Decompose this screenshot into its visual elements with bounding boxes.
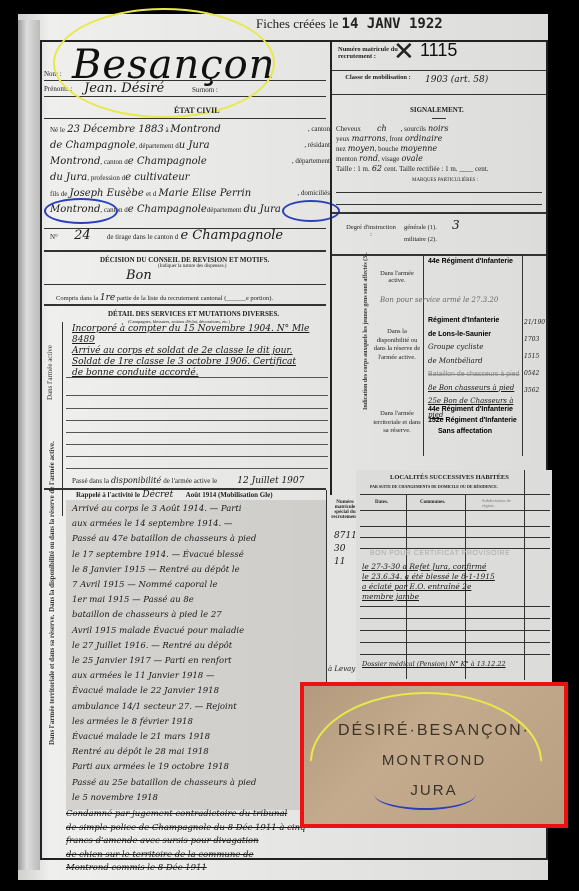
highlight-ellipse-montrond xyxy=(44,198,118,224)
numero-tirage: 24 xyxy=(74,228,91,243)
bon-service-text: Bon pour service armé le 27.3.20 xyxy=(380,296,498,304)
classe-value: 1903 (art. 58) xyxy=(425,75,488,85)
classe-label: Classe de mobilisation : xyxy=(338,74,418,81)
localites-subtitle: PAR SUITE DE CHANGEMENTS DE DOMICILE OU … xyxy=(370,484,498,489)
generale-label: générale (1). xyxy=(404,224,437,231)
tirage-row: N° 24 de tirage dans le canton d e Champ… xyxy=(50,228,283,243)
dispo-label: Dans la disponibilité ou dans la réserve… xyxy=(372,328,422,362)
birth-dept: u Jura xyxy=(179,140,210,151)
etat-civil-title: ÉTAT CIVIL xyxy=(174,106,220,115)
localites-title: LOCALITÉS SUCCESSIVES HABITÉES xyxy=(390,474,509,481)
passe-row: Passé dans la disponibilité de l'armée a… xyxy=(72,476,304,486)
services-text: Incorporé à compter du 15 Novembre 1904.… xyxy=(72,324,332,379)
services-title: DÉTAIL DES SERVICES ET MUTATIONS DIVERSE… xyxy=(108,310,279,318)
page-edge xyxy=(18,20,40,870)
localites-entries: le 27-3-30 a Refet Jura, confirmé le 23.… xyxy=(362,562,532,602)
signalement-block: Cheveux ch, sourcils noirs yeux marrons,… xyxy=(336,124,542,174)
mother-name: Marie Elise Perrin xyxy=(159,188,252,199)
compris-row: Compris dans la 1re partie de la liste d… xyxy=(56,293,273,303)
degre-label: Degré d'instruction : xyxy=(346,224,396,238)
tirage-canton: e Champagnole xyxy=(180,228,283,243)
side-label-active: Dans l'armée active xyxy=(46,345,54,400)
birth-canton: de Champagnole xyxy=(50,140,135,151)
bon-certificat-stamp: BON POUR CERTIFICAT PROVISOIRE xyxy=(370,550,510,557)
inset-highlight-blue xyxy=(374,794,476,810)
territoriale-label: Dans l'armée territoriale et dans sa rés… xyxy=(372,410,422,436)
profession: e cultivateur xyxy=(125,172,189,183)
fiches-date: 14 JANV 1922 xyxy=(342,16,443,32)
signalement-title: SIGNALEMENT. xyxy=(410,106,464,114)
corps-side-label: Indication des corps auxquels les jeunes… xyxy=(363,252,369,410)
fiches-header: Fiches créées le 14 JANV 1922 xyxy=(256,16,443,32)
cross-mark-icon: ✕ xyxy=(393,36,415,67)
generale-value: 3 xyxy=(452,218,460,232)
reserve-codes: 21/1907 1703 1515 0542 3562 xyxy=(524,314,549,399)
rappele-text: Arrivé au corps le 3 Août 1914. — Parti … xyxy=(72,502,334,806)
decision-subtitle: (Indiquer la nature des dispenses.) xyxy=(158,264,226,269)
regiment-active: 44e Régiment d'Infanterie xyxy=(428,258,513,265)
decision-title: DÉCISION DU CONSEIL DE REVISION ET MOTIF… xyxy=(100,256,269,264)
col-communes: Communes. xyxy=(420,500,445,505)
col-dates: Dates. xyxy=(375,500,388,505)
birth-date: 23 Décembre 1883 xyxy=(67,124,164,135)
decision-value: Bon xyxy=(126,268,152,283)
marques-title: MARQUES PARTICULIÈRES : xyxy=(412,178,478,183)
matricule-col-bottom: à Levay xyxy=(328,665,355,673)
residence: Montrond xyxy=(50,156,100,167)
passe-date: 12 Juillet 1907 xyxy=(237,476,304,486)
highlight-ellipse-name xyxy=(53,8,275,118)
militaire-label: militaire (2). xyxy=(404,236,437,243)
inset-highlight-yellow xyxy=(310,692,542,762)
compris-partie: 1re xyxy=(100,293,115,303)
birth-place: Montrond xyxy=(170,124,220,135)
fiches-label: Fiches créées le xyxy=(256,16,338,31)
localites-bottom-entry: Dossier médical (Pension) N° K° à 13.12.… xyxy=(362,660,552,668)
side-label-territoriale: Dans l'armée territoriale et dans sa rés… xyxy=(48,615,56,745)
side-label-dispo: Dans la disponibilité ou dans la réserve… xyxy=(48,441,56,612)
numero-matricule: 1115 xyxy=(420,40,457,61)
rappele-row: Rappelé à l'activité le Décret Août 1914… xyxy=(76,490,273,500)
territoriale-entries: 44e Régiment d'Infanterie 152e Régiment … xyxy=(428,404,538,437)
envelope-inset: DÉSIRÉ·BESANÇON· MONTROND JURA xyxy=(300,682,568,828)
matricule-col-values: 8711 30 11 xyxy=(334,530,357,569)
active-label: Dans l'armée active. xyxy=(372,270,422,284)
col-subdivisions: Subdivisions de région. xyxy=(482,498,522,508)
